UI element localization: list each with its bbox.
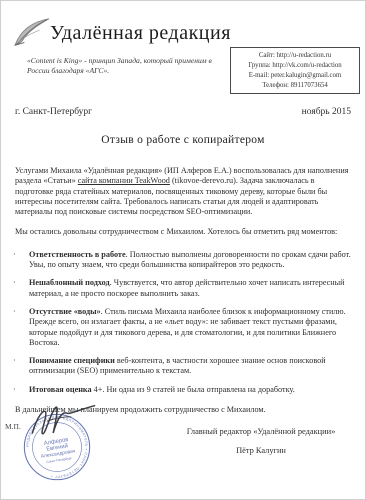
bullet-marker: · [13, 356, 16, 366]
list-item: · Итоговая оценка 4+. Ни одна из 9 стате… [15, 385, 352, 395]
bullet-lead: Ответственность в работе [29, 250, 126, 259]
bullet-lead: Итоговая оценка [29, 385, 92, 394]
city-date-row: г. Санкт-Петербург ноябрь 2015 [15, 107, 351, 117]
document-title: Отзыв о работе с копирайтером [1, 134, 365, 146]
bullet-rest: 4+. Ни одна из 9 статей не была отправле… [92, 385, 295, 394]
quill-pen-icon [13, 16, 51, 48]
company-title: Удалённая редакция [50, 22, 231, 45]
handwritten-signature [25, 400, 99, 438]
stamp-place-note: М.П. [5, 422, 21, 431]
contact-group: Группа: http://vk.com/u-redaction [233, 61, 357, 71]
list-item: · Ответственность в работе. Полностью вы… [15, 250, 352, 271]
merits-list: · Ответственность в работе. Полностью вы… [15, 250, 352, 395]
bullet-marker: · [13, 385, 16, 395]
company-tagline: «Content is King» - принцип Запада, кото… [27, 56, 223, 77]
editor-name: Пётр Калугин [159, 446, 363, 455]
bullet-marker: · [13, 307, 16, 317]
list-item: · Нешаблонный подход. Чувствуется, что а… [15, 278, 352, 299]
list-item: · Понимание специфики веб-контента, в ча… [15, 356, 352, 377]
bullet-lead: Нешаблонный подход [29, 278, 110, 287]
bullet-marker: · [13, 250, 16, 260]
contact-info-box: Сайт: http://u-redaction.ru Группа: http… [230, 47, 360, 94]
signature-block: Главный редактор «Удалённой редакции» Пё… [159, 427, 363, 455]
site-link-text: сайта компании TeakWood [78, 176, 170, 185]
bullet-lead: Отсутствие «воды» [29, 307, 101, 316]
city-label: г. Санкт-Петербург [15, 107, 92, 117]
bullet-lead: Понимание специфики [29, 356, 115, 365]
date-label: ноябрь 2015 [302, 107, 351, 117]
list-item: · Отсутствие «воды». Стиль письма Михаил… [15, 307, 352, 348]
contact-phone: Телефон: 89117073654 [233, 81, 357, 91]
contact-email: E-mail: peter.kalugin@gmail.com [233, 71, 357, 81]
contact-site: Сайт: http://u-redaction.ru [233, 51, 357, 61]
paragraph-summary: Мы остались довольны сотрудничеством с М… [15, 227, 352, 237]
editor-title: Главный редактор «Удалённой редакции» [159, 427, 363, 436]
scanned-letter-page: Удалённая редакция «Content is King» - п… [0, 0, 366, 500]
paragraph-intro: Услугами Михаила «Удалённая редакция» (И… [15, 166, 352, 217]
bullet-marker: · [13, 278, 16, 288]
letter-body: Услугами Михаила «Удалённая редакция» (И… [15, 166, 352, 425]
